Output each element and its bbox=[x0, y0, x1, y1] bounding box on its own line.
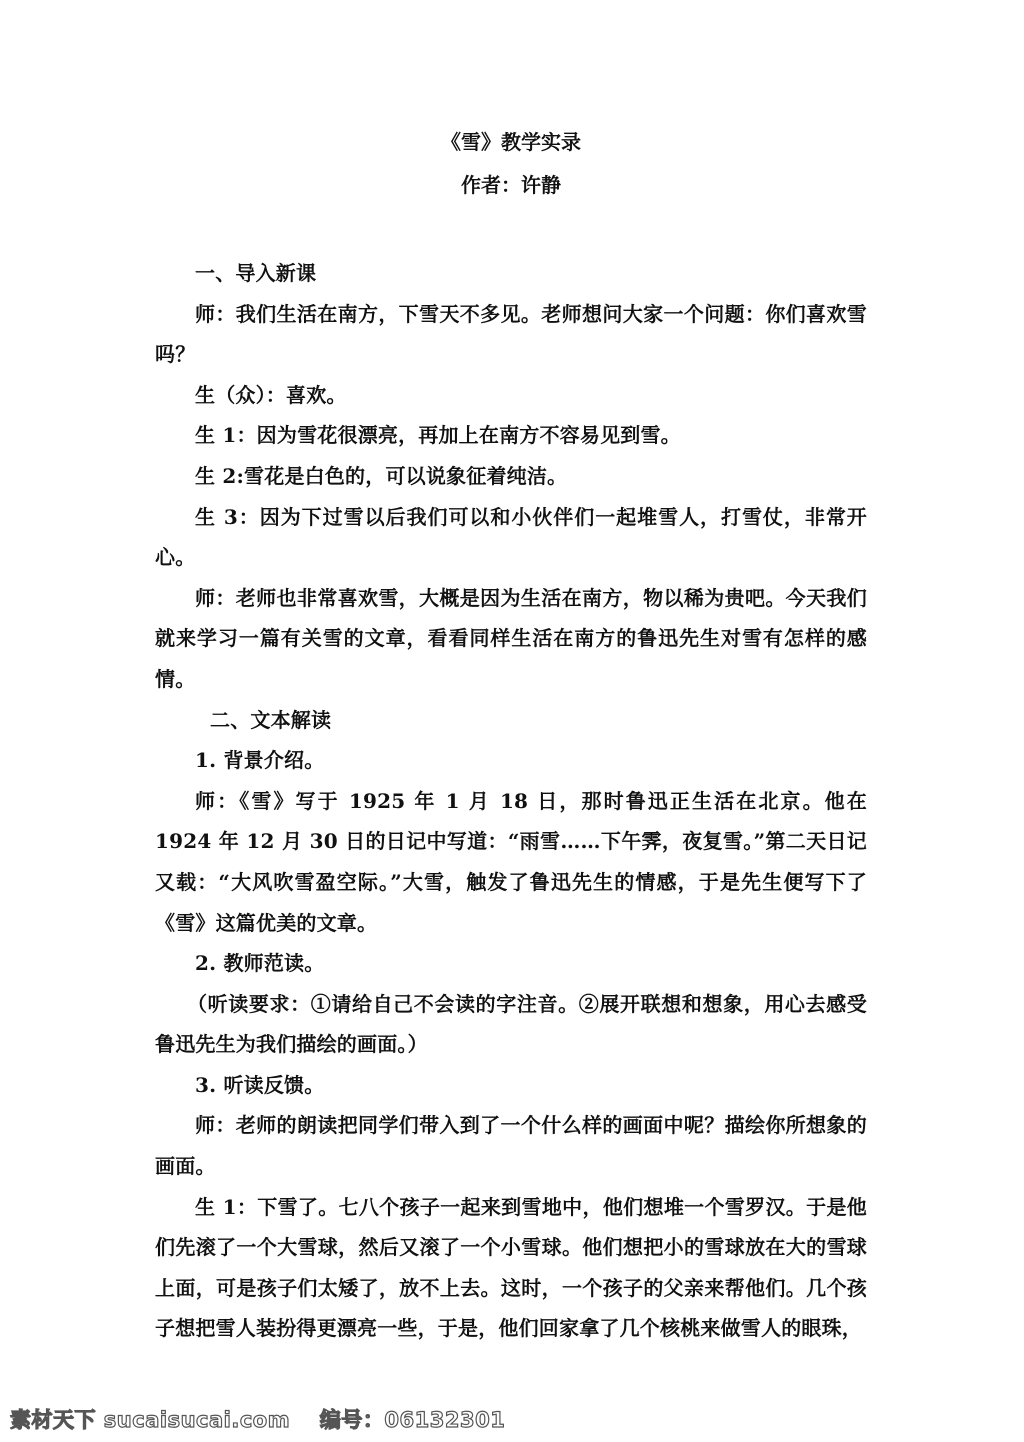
paragraph: 生 1：因为雪花很漂亮，再加上在南方不容易见到雪。 bbox=[155, 415, 867, 456]
document-author: 作者：许静 bbox=[155, 173, 867, 197]
document-body: 一、导入新课 师：我们生活在南方，下雪天不多见。老师想问大家一个问题：你们喜欢雪… bbox=[155, 253, 867, 1349]
section-heading-intro: 一、导入新课 bbox=[155, 253, 867, 294]
paragraph: 师：老师的朗读把同学们带入到了一个什么样的画面中呢？描绘你所想象的画面。 bbox=[155, 1105, 867, 1186]
paragraph: 生 1：下雪了。七八个孩子一起来到雪地中，他们想堆一个雪罗汉。于是他们先滚了一个… bbox=[155, 1187, 867, 1349]
paragraph: 师：我们生活在南方，下雪天不多见。老师想问大家一个问题：你们喜欢雪吗？ bbox=[155, 294, 867, 375]
watermark-site-name: 素材天下 sucaisucai.com bbox=[10, 1408, 290, 1432]
section-heading-reading: 二、文本解读 bbox=[155, 700, 867, 741]
paragraph: 生（众）：喜欢。 bbox=[155, 375, 867, 416]
paragraph: 师：《雪》写于 1925 年 1 月 18 日，那时鲁迅正生活在北京。他在 19… bbox=[155, 781, 867, 943]
paragraph: 生 3：因为下过雪以后我们可以和小伙伴们一起堆雪人，打雪仗，非常开心。 bbox=[155, 497, 867, 578]
paragraph: 生 2:雪花是白色的，可以说象征着纯洁。 bbox=[155, 456, 867, 497]
subsection-heading: 2. 教师范读。 bbox=[155, 943, 867, 984]
paragraph: 师：老师也非常喜欢雪，大概是因为生活在南方，物以稀为贵吧。今天我们就来学习一篇有… bbox=[155, 578, 867, 700]
document-title: 《雪》教学实录 bbox=[155, 130, 867, 154]
listening-requirements-note: （听读要求：①请给自己不会读的字注音。②展开联想和想象，用心去感受鲁迅先生为我们… bbox=[155, 984, 867, 1065]
subsection-heading: 3. 听读反馈。 bbox=[155, 1065, 867, 1106]
watermark-bar: 素材天下 sucaisucai.com 编号：06132301 bbox=[10, 1404, 527, 1434]
watermark-id: 编号：06132301 bbox=[320, 1408, 505, 1432]
subsection-heading: 1. 背景介绍。 bbox=[155, 740, 867, 781]
